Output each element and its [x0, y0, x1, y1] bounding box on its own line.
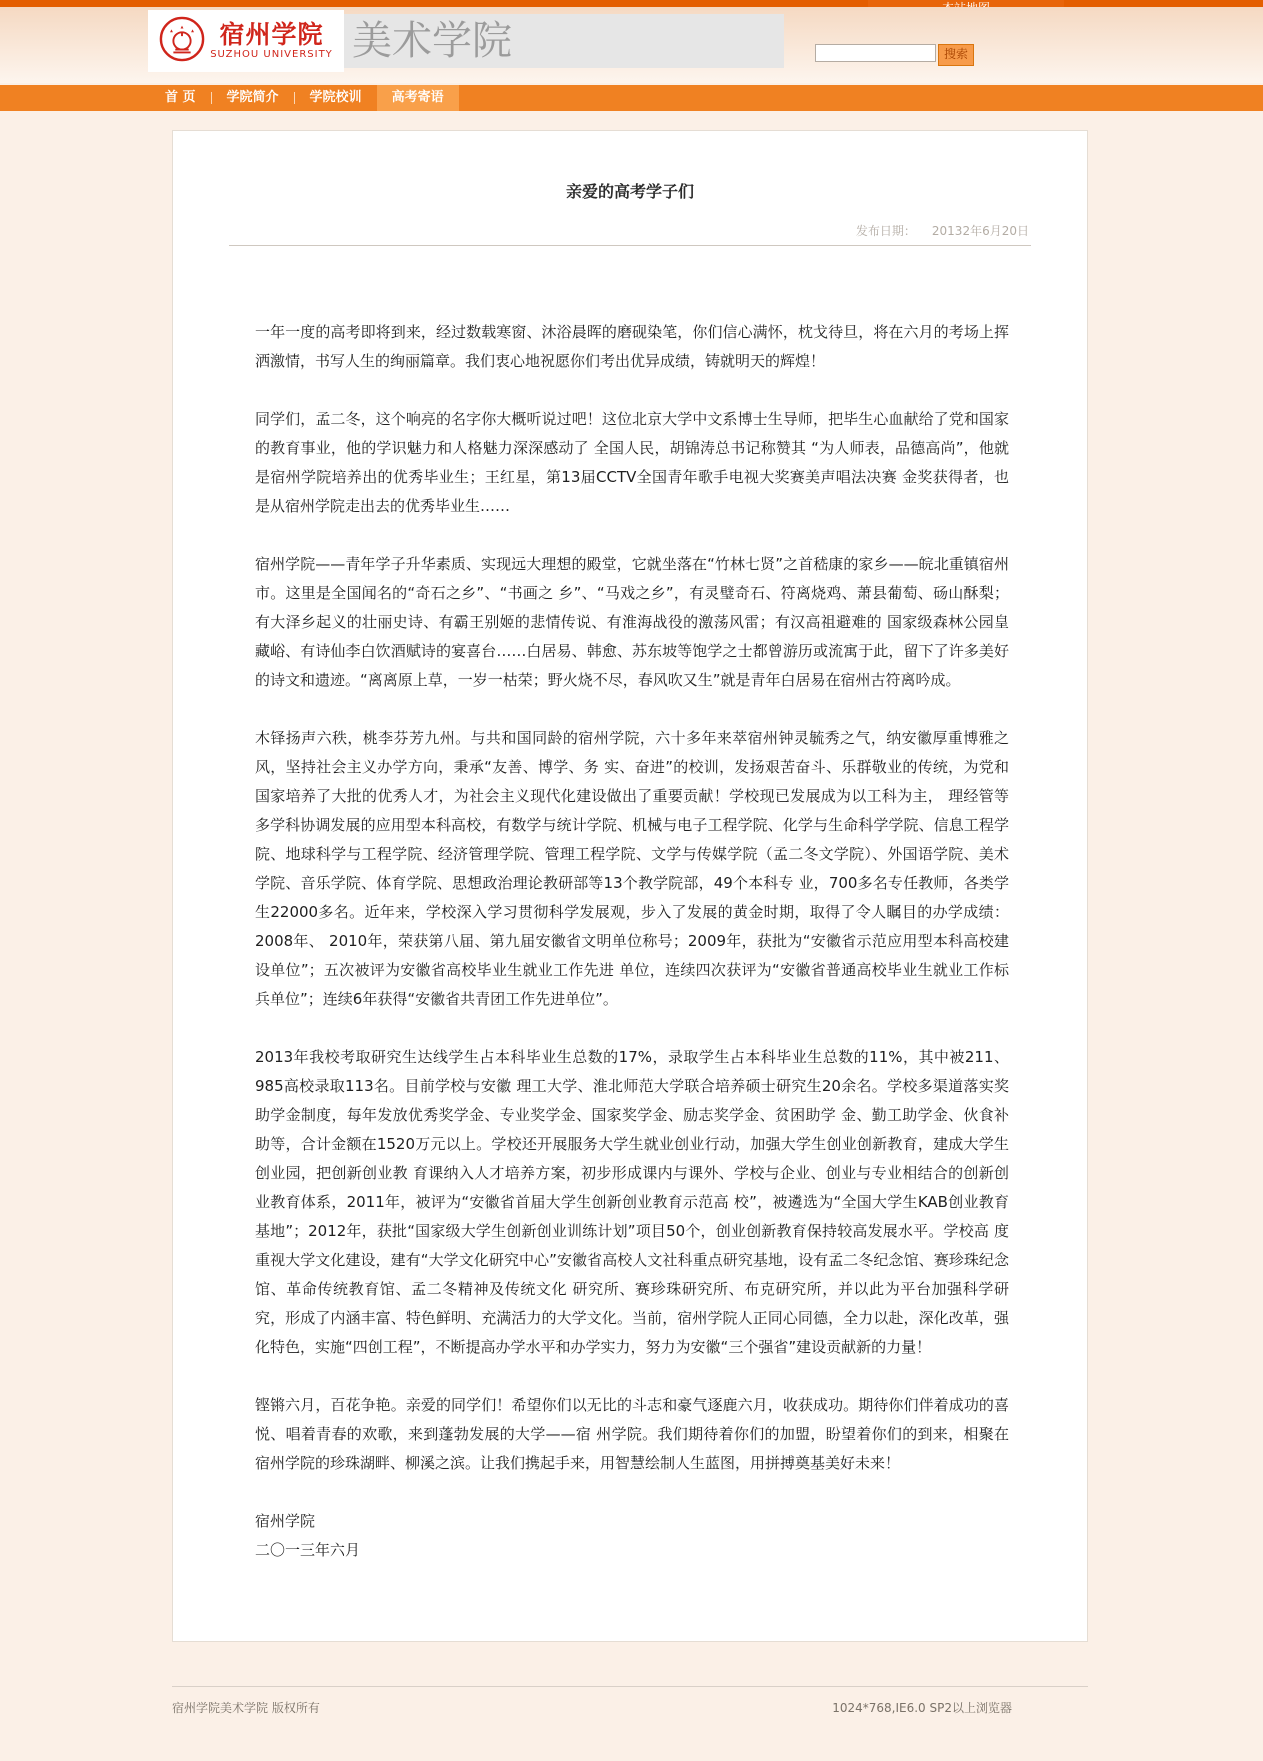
- publish-date-value: 20132年6月20日: [932, 224, 1029, 238]
- article-paragraph: 木铎扬声六秩，桃李芬芳九州。与共和国同龄的宿州学院，六十多年来萃宿州钟灵毓秀之气…: [255, 724, 1009, 1014]
- publish-date-row: 发布日期：20132年6月20日: [173, 222, 1029, 239]
- university-name-en: SUZHOU UNIVERSITY: [210, 49, 333, 61]
- nav-item-gaokao-message[interactable]: 高考寄语: [377, 85, 459, 111]
- signature-date: 二〇一三年六月: [255, 1536, 1009, 1565]
- university-name-cn: 宿州学院: [219, 21, 323, 49]
- page-footer: 宿州学院美术学院 版权所有 1024*768,IE6.0 SP2以上浏览器: [172, 1686, 1088, 1716]
- copyright-text: 宿州学院美术学院 版权所有: [172, 1699, 320, 1716]
- article-paragraph: 宿州学院——青年学子升华素质、实现远大理想的殿堂，它就坐落在“竹林七贤”之首嵇康…: [255, 550, 1009, 695]
- nav-item-college-motto[interactable]: 学院校训: [295, 85, 377, 111]
- department-name: 美术学院: [344, 14, 512, 68]
- search-input[interactable]: [815, 44, 936, 62]
- department-banner: 美术学院: [344, 14, 784, 68]
- article-paragraph: 一年一度的高考即将到来，经过数载寒窗、沐浴晨晖的磨砚染笔，你们信心满怀，枕戈待旦…: [255, 318, 1009, 376]
- title-divider: [229, 245, 1031, 246]
- university-logo[interactable]: 宿州学院 SUZHOU UNIVERSITY: [148, 10, 344, 72]
- search-button[interactable]: 搜索: [938, 44, 974, 66]
- article-paragraph: 铿锵六月，百花争艳。亲爱的同学们！希望你们以无比的斗志和豪气逐鹿六月，收获成功。…: [255, 1391, 1009, 1478]
- signature-name: 宿州学院: [255, 1507, 1009, 1536]
- publish-date-label: 发布日期：: [856, 224, 916, 238]
- top-accent-bar: [0, 0, 1263, 7]
- main-navigation: 首 页 学院简介 学院校训 高考寄语: [0, 85, 1263, 111]
- university-seal-icon: [159, 16, 205, 66]
- search-area: 搜索: [815, 44, 974, 66]
- article-paragraph: 同学们，孟二冬，这个响亮的名字你大概听说过吧！这位北京大学中文系博士生导师，把毕…: [255, 405, 1009, 521]
- nav-item-college-intro[interactable]: 学院简介: [212, 85, 294, 111]
- content-panel: 亲爱的高考学子们 发布日期：20132年6月20日 一年一度的高考即将到来，经过…: [172, 130, 1088, 1642]
- article-body: 一年一度的高考即将到来，经过数载寒窗、沐浴晨晖的磨砚染笔，你们信心满怀，枕戈待旦…: [255, 318, 1009, 1565]
- article-title: 亲爱的高考学子们: [173, 179, 1087, 202]
- article-signature: 宿州学院二〇一三年六月: [255, 1507, 1009, 1565]
- browser-requirement-text: 1024*768,IE6.0 SP2以上浏览器: [832, 1699, 1012, 1716]
- article-paragraph: 2013年我校考取研究生达线学生占本科毕业生总数的17%，录取学生占本科毕业生总…: [255, 1043, 1009, 1362]
- university-name: 宿州学院 SUZHOU UNIVERSITY: [210, 21, 333, 61]
- nav-item-home[interactable]: 首 页: [150, 85, 211, 111]
